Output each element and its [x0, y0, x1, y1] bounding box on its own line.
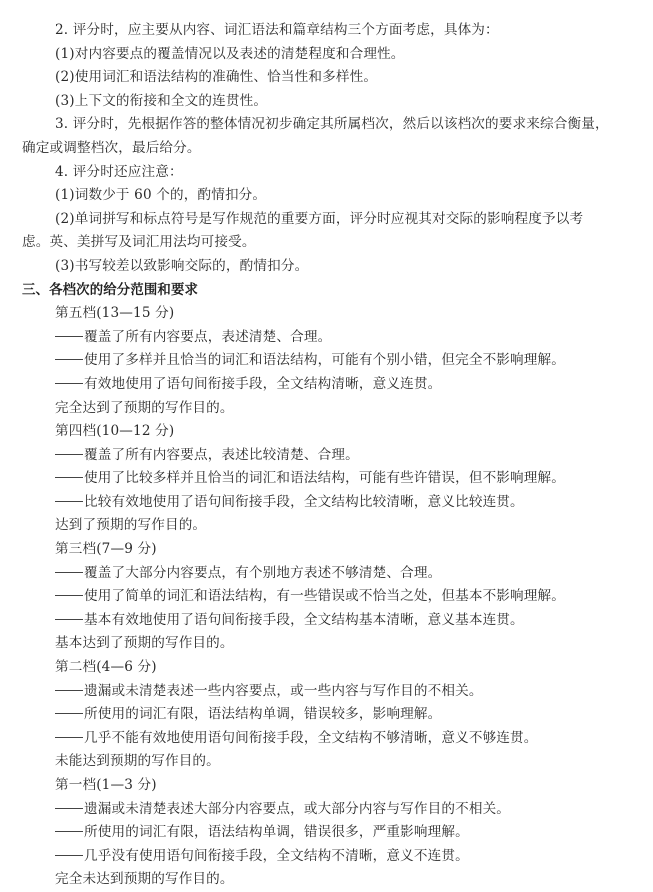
note-line: (1)词数少于 60 个的，酌情扣分。	[0, 184, 653, 208]
criterion-line: 基本有效地使用了语句间衔接手段，全文结构基本清晰，意义基本连贯。	[0, 609, 653, 633]
criterion-line: 遗漏或未清楚表述一些内容要点，或一些内容与写作目的不相关。	[0, 680, 653, 704]
criterion-line: 使用了比较多样并且恰当的词汇和语法结构，可能有些许错误，但不影响理解。	[0, 467, 653, 491]
criterion-text: 遗漏或未清楚表述一些内容要点，或一些内容与写作目的不相关。	[84, 683, 483, 699]
level-block-3: 第三档(7—9 分) 覆盖了大部分内容要点，有个别地方表述不够清楚、合理。 使用…	[0, 538, 653, 656]
level-title: 第二档(4—6 分)	[0, 656, 653, 680]
level-block-2: 第二档(4—6 分) 遗漏或未清楚表述一些内容要点，或一些内容与写作目的不相关。…	[0, 656, 653, 774]
criterion-text: 几乎没有使用语句间衔接手段，全文结构不清晰，意义不连贯。	[84, 848, 469, 864]
criterion-line: 覆盖了所有内容要点，表述清楚、合理。	[0, 326, 653, 350]
criterion-line: 覆盖了所有内容要点，表述比较清楚、合理。	[0, 444, 653, 468]
general-notes: 2. 评分时，应主要从内容、词汇语法和篇章结构三个方面考虑，具体为： (1)对内…	[0, 19, 653, 279]
criterion-line: 几乎没有使用语句间衔接手段，全文结构不清晰，意义不连贯。	[0, 845, 653, 869]
level-summary: 基本达到了预期的写作目的。	[0, 632, 653, 656]
criterion-line: 使用了多样并且恰当的词汇和语法结构，可能有个别小错，但完全不影响理解。	[0, 349, 653, 373]
note-line: (2)使用词汇和语法结构的准确性、恰当性和多样性。	[0, 66, 653, 90]
note-line: (2)单词拼写和标点符号是写作规范的重要方面，评分时应视其对交际的影响程度予以考	[0, 208, 653, 232]
level-summary: 达到了预期的写作目的。	[0, 514, 653, 538]
level-summary: 未能达到预期的写作目的。	[0, 750, 653, 774]
note-line: (1)对内容要点的覆盖情况以及表述的清楚程度和合理性。	[0, 43, 653, 67]
em-dash-icon	[55, 595, 83, 596]
level-title: 第三档(7—9 分)	[0, 538, 653, 562]
note-line: 3. 评分时，先根据作答的整体情况初步确定其所属档次，然后以该档次的要求来综合衡…	[0, 113, 653, 137]
note-line: 4. 评分时还应注意：	[0, 161, 653, 185]
note-line: 确定或调整档次，最后给分。	[0, 137, 653, 161]
level-summary: 完全未达到预期的写作目的。	[0, 868, 653, 892]
criterion-text: 所使用的词汇有限，语法结构单调，错误较多，影响理解。	[84, 706, 441, 722]
criterion-line: 使用了简单的词汇和语法结构，有一些错误或不恰当之处，但基本不影响理解。	[0, 585, 653, 609]
level-title: 第五档(13—15 分)	[0, 302, 653, 326]
criterion-line: 覆盖了大部分内容要点，有个别地方表述不够清楚、合理。	[0, 562, 653, 586]
em-dash-icon	[55, 619, 83, 620]
em-dash-icon	[55, 383, 83, 384]
note-line: (3)上下文的衔接和全文的连贯性。	[0, 90, 653, 114]
section-heading: 三、各档次的给分范围和要求	[0, 279, 653, 303]
level-block-4: 第四档(10—12 分) 覆盖了所有内容要点，表述比较清楚、合理。 使用了比较多…	[0, 420, 653, 538]
em-dash-icon	[55, 501, 83, 502]
criterion-text: 基本有效地使用了语句间衔接手段，全文结构基本清晰，意义基本连贯。	[84, 612, 524, 628]
level-title: 第一档(1—3 分)	[0, 774, 653, 798]
note-line: 虑。英、美拼写及词汇用法均可接受。	[0, 231, 653, 255]
criterion-line: 几乎不能有效地使用语句间衔接手段，全文结构不够清晰，意义不够连贯。	[0, 727, 653, 751]
criterion-text: 使用了简单的词汇和语法结构，有一些错误或不恰当之处，但基本不影响理解。	[84, 588, 565, 604]
level-block-5: 第五档(13—15 分) 覆盖了所有内容要点，表述清楚、合理。 使用了多样并且恰…	[0, 302, 653, 420]
scoring-guide-page: 2. 评分时，应主要从内容、词汇语法和篇章结构三个方面考虑，具体为： (1)对内…	[0, 19, 653, 892]
criterion-text: 覆盖了所有内容要点，表述清楚、合理。	[84, 329, 331, 345]
em-dash-icon	[55, 737, 83, 738]
em-dash-icon	[55, 855, 83, 856]
criterion-text: 所使用的词汇有限，语法结构单调，错误很多，严重影响理解。	[84, 824, 469, 840]
em-dash-icon	[55, 477, 83, 478]
em-dash-icon	[55, 713, 83, 714]
note-line: (3)书写较差以致影响交际的，酌情扣分。	[0, 255, 653, 279]
criterion-text: 有效地使用了语句间衔接手段，全文结构清晰，意义连贯。	[84, 376, 441, 392]
note-line: 2. 评分时，应主要从内容、词汇语法和篇章结构三个方面考虑，具体为：	[0, 19, 653, 43]
criterion-text: 遗漏或未清楚表述大部分内容要点，或大部分内容与写作目的不相关。	[84, 801, 510, 817]
criterion-line: 有效地使用了语句间衔接手段，全文结构清晰，意义连贯。	[0, 373, 653, 397]
em-dash-icon	[55, 572, 83, 573]
criterion-text: 几乎不能有效地使用语句间衔接手段，全文结构不够清晰，意义不够连贯。	[84, 730, 538, 746]
em-dash-icon	[55, 454, 83, 455]
criterion-line: 比较有效地使用了语句间衔接手段，全文结构比较清晰，意义比较连贯。	[0, 491, 653, 515]
level-block-1: 第一档(1—3 分) 遗漏或未清楚表述大部分内容要点，或大部分内容与写作目的不相…	[0, 774, 653, 892]
level-title: 第四档(10—12 分)	[0, 420, 653, 444]
criterion-line: 所使用的词汇有限，语法结构单调，错误很多，严重影响理解。	[0, 821, 653, 845]
em-dash-icon	[55, 359, 83, 360]
em-dash-icon	[55, 831, 83, 832]
em-dash-icon	[55, 690, 83, 691]
criterion-line: 所使用的词汇有限，语法结构单调，错误较多，影响理解。	[0, 703, 653, 727]
criterion-text: 使用了多样并且恰当的词汇和语法结构，可能有个别小错，但完全不影响理解。	[84, 352, 565, 368]
em-dash-icon	[55, 808, 83, 809]
level-summary: 完全达到了预期的写作目的。	[0, 397, 653, 421]
criterion-text: 覆盖了所有内容要点，表述比较清楚、合理。	[84, 447, 359, 463]
em-dash-icon	[55, 336, 83, 337]
criterion-text: 覆盖了大部分内容要点，有个别地方表述不够清楚、合理。	[84, 565, 441, 581]
criterion-text: 使用了比较多样并且恰当的词汇和语法结构，可能有些许错误，但不影响理解。	[84, 470, 565, 486]
criterion-line: 遗漏或未清楚表述大部分内容要点，或大部分内容与写作目的不相关。	[0, 798, 653, 822]
criterion-text: 比较有效地使用了语句间衔接手段，全文结构比较清晰，意义比较连贯。	[84, 494, 524, 510]
